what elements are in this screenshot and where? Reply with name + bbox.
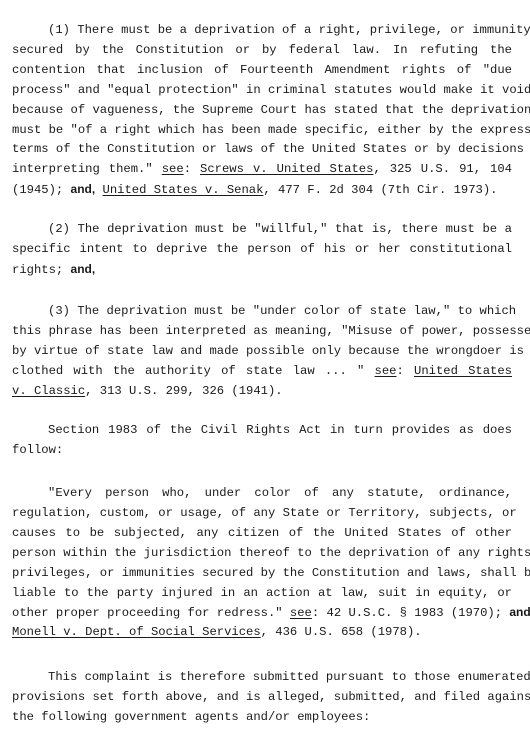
text-line: person within the jurisdiction thereof t…	[12, 543, 512, 563]
body-text: , 477 F. 2d 304 (7th Cir. 1973).	[263, 183, 497, 197]
body-text: follow:	[12, 443, 63, 457]
text-line: liable to the party injured in an action…	[12, 583, 512, 603]
body-text: causes to be subjected, any citizen of t…	[12, 526, 512, 540]
text-line: "Every person who, under color of any st…	[12, 483, 512, 503]
text-line: This complaint is therefore submitted pu…	[12, 667, 512, 687]
text-line: clothed with the authority of state law …	[12, 361, 512, 381]
text-line: specific intent to deprive the person of…	[12, 239, 512, 259]
text-line: Section 1983 of the Civil Rights Act in …	[12, 420, 512, 440]
text-line: the following government agents and/or e…	[12, 707, 512, 727]
body-text: privileges, or immunities secured by the…	[12, 566, 530, 580]
text-line: (3) The deprivation must be "under color…	[12, 301, 512, 321]
citation-text: United States v. Senak	[103, 183, 264, 197]
citation-text: United States	[414, 364, 512, 378]
citation-text: see	[375, 364, 397, 378]
body-text: liable to the party injured in an action…	[12, 586, 512, 600]
body-text: process" and "equal protection" in crimi…	[12, 83, 530, 97]
citation-text: see	[162, 162, 184, 176]
body-text: This complaint is therefore submitted pu…	[48, 670, 530, 684]
body-text: rights;	[12, 263, 71, 277]
body-text: :	[184, 162, 200, 176]
text-line: other proper proceeding for redress." se…	[12, 602, 512, 622]
body-text: by virtue of state law and made possible…	[12, 344, 524, 358]
text-line: secured by the Constitution or by federa…	[12, 40, 512, 60]
citation-text: Screws v. United States	[200, 162, 373, 176]
body-text: interpreting them."	[12, 162, 162, 176]
emphasis-text: and,	[71, 262, 96, 276]
text-line: because of vagueness, the Supreme Court …	[12, 100, 512, 120]
text-line: causes to be subjected, any citizen of t…	[12, 523, 512, 543]
body-text: contention that inclusion of Fourteenth …	[12, 63, 512, 77]
body-text: , 325 U.S. 91, 104	[373, 162, 512, 176]
text-line: process" and "equal protection" in crimi…	[12, 80, 512, 100]
text-line: must be "of a right which has been made …	[12, 120, 512, 140]
text-line: contention that inclusion of Fourteenth …	[12, 60, 512, 80]
body-text	[95, 183, 102, 197]
body-text: , 313 U.S. 299, 326 (1941).	[85, 384, 282, 398]
body-text: Section 1983 of the Civil Rights Act in …	[48, 423, 512, 437]
body-text: (2) The deprivation must be "willful," t…	[48, 222, 512, 236]
body-text: (1945);	[12, 183, 71, 197]
body-text: person within the jurisdiction thereof t…	[12, 546, 530, 560]
body-text: specific intent to deprive the person of…	[12, 242, 512, 256]
body-text: provisions set forth above, and is alleg…	[12, 690, 530, 704]
emphasis-text: and,	[509, 605, 530, 619]
text-line: (2) The deprivation must be "willful," t…	[12, 219, 512, 239]
text-line: Monell v. Dept. of Social Services, 436 …	[12, 622, 512, 642]
text-line: provisions set forth above, and is alleg…	[12, 687, 512, 707]
text-line: interpreting them." see: Screws v. Unite…	[12, 159, 512, 179]
text-line: privileges, or immunities secured by the…	[12, 563, 512, 583]
body-text: secured by the Constitution or by federa…	[12, 43, 512, 57]
body-text: , 436 U.S. 658 (1978).	[261, 625, 422, 639]
text-line: rights; and,	[12, 259, 512, 279]
body-text: because of vagueness, the Supreme Court …	[12, 103, 530, 117]
body-text: : 42 U.S.C. § 1983 (1970);	[312, 606, 509, 620]
citation-text: Monell v. Dept. of Social Services	[12, 625, 261, 639]
text-line: v. Classic, 313 U.S. 299, 326 (1941).	[12, 381, 512, 401]
body-text: clothed with the authority of state law …	[12, 364, 375, 378]
body-text: the following government agents and/or e…	[12, 710, 370, 724]
body-text: terms of the Constitution or laws of the…	[12, 142, 524, 156]
document-page: (1) There must be a deprivation of a rig…	[0, 0, 530, 754]
text-line: (1) There must be a deprivation of a rig…	[12, 20, 512, 40]
body-text: this phrase has been interpreted as mean…	[12, 324, 530, 338]
body-text: must be "of a right which has been made …	[12, 123, 530, 137]
text-line: regulation, custom, or usage, of any Sta…	[12, 503, 512, 523]
text-line: (1945); and, United States v. Senak, 477…	[12, 179, 512, 199]
body-text: (3) The deprivation must be "under color…	[48, 304, 516, 318]
body-text: other proper proceeding for redress."	[12, 606, 290, 620]
text-line: follow:	[12, 440, 512, 460]
text-line: this phrase has been interpreted as mean…	[12, 321, 512, 341]
body-text: "Every person who, under color of any st…	[48, 486, 512, 500]
body-text: (1) There must be a deprivation of a rig…	[48, 23, 530, 37]
emphasis-text: and,	[71, 182, 96, 196]
body-text: :	[396, 364, 414, 378]
text-line: by virtue of state law and made possible…	[12, 341, 512, 361]
body-text: regulation, custom, or usage, of any Sta…	[12, 506, 517, 520]
citation-text: see	[290, 606, 312, 620]
text-line: terms of the Constitution or laws of the…	[12, 139, 512, 159]
citation-text: v. Classic	[12, 384, 85, 398]
